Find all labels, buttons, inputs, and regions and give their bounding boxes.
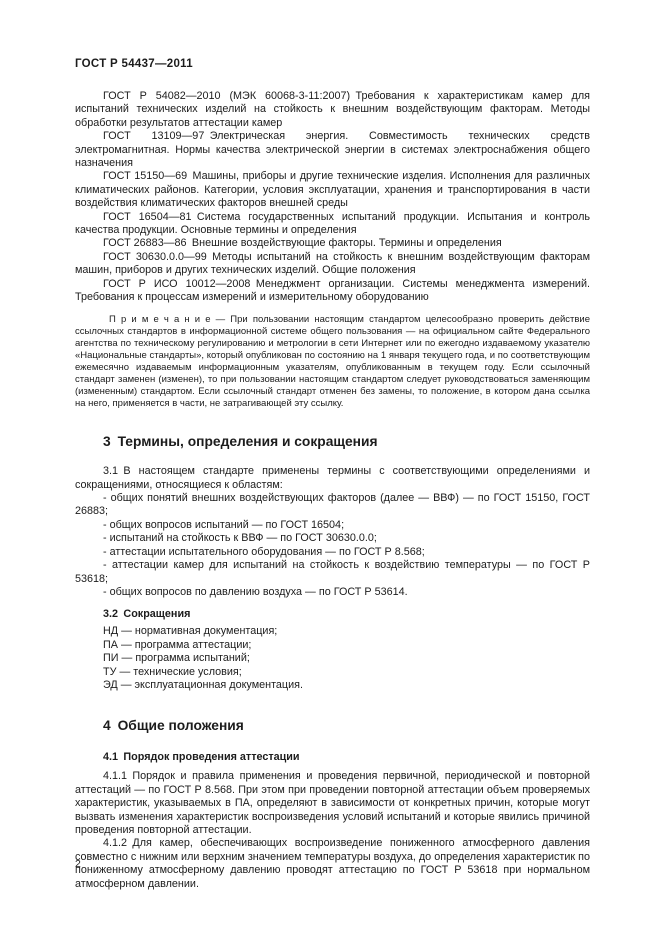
page-content: ГОСТ Р 54437—2011 ГОСТ Р 54082—2010 (МЭК… <box>75 58 590 891</box>
subsection-4-1-heading: 4.1 Порядок проведения аттестации <box>75 751 590 763</box>
page-number: 2 <box>75 858 81 870</box>
paragraph-4-1-1: 4.1.1 Порядок и правила применения и про… <box>75 770 590 837</box>
paragraph-3-1: 3.1 В настоящем стандарте применены терм… <box>75 465 590 492</box>
abbreviation-item: ПА — программа аттестации; <box>75 639 590 652</box>
note-paragraph: П р и м е ч а н и е — При пользовании на… <box>75 314 590 411</box>
list-item: - общих вопросов испытаний — по ГОСТ 165… <box>75 519 590 532</box>
reference-paragraph: ГОСТ 16504—81 Система государственных ис… <box>75 211 590 238</box>
reference-paragraph: ГОСТ 26883—86 Внешние воздействующие фак… <box>75 237 590 250</box>
section-4-heading: 4 Общие положения <box>75 718 590 733</box>
document-page: ГОСТ Р 54437—2011 ГОСТ Р 54082—2010 (МЭК… <box>0 0 661 936</box>
abbreviation-item: ЭД — эксплуатационная документация. <box>75 679 590 692</box>
abbreviation-item: НД — нормативная документация; <box>75 625 590 638</box>
reference-paragraph: ГОСТ Р 54082—2010 (МЭК 60068-3-11:2007) … <box>75 90 590 130</box>
list-item: - общих вопросов по давлению воздуха — п… <box>75 586 590 599</box>
list-item: - общих понятий внешних воздействующих ф… <box>75 492 590 519</box>
list-item: - испытаний на стойкость к ВВФ — по ГОСТ… <box>75 532 590 545</box>
reference-paragraph: ГОСТ 15150—69 Машины, приборы и другие т… <box>75 170 590 210</box>
list-item: - аттестации испытательного оборудования… <box>75 546 590 559</box>
reference-paragraph: ГОСТ 13109—97 Электрическая энергия. Сов… <box>75 130 590 170</box>
paragraph-4-1-2: 4.1.2 Для камер, обеспечивающих воспроиз… <box>75 837 590 891</box>
section-3-heading: 3 Термины, определения и сокращения <box>75 434 590 449</box>
list-item: - аттестации камер для испытаний на стой… <box>75 559 590 586</box>
reference-paragraph: ГОСТ 30630.0.0—99 Методы испытаний на ст… <box>75 251 590 278</box>
reference-paragraph: ГОСТ Р ИСО 10012—2008 Менеджмент организ… <box>75 278 590 305</box>
abbreviation-item: ПИ — программа испытаний; <box>75 652 590 665</box>
abbreviation-item: ТУ — технические условия; <box>75 666 590 679</box>
subsection-3-2-heading: 3.2 Сокращения <box>75 608 590 620</box>
document-code-header: ГОСТ Р 54437—2011 <box>75 58 590 70</box>
